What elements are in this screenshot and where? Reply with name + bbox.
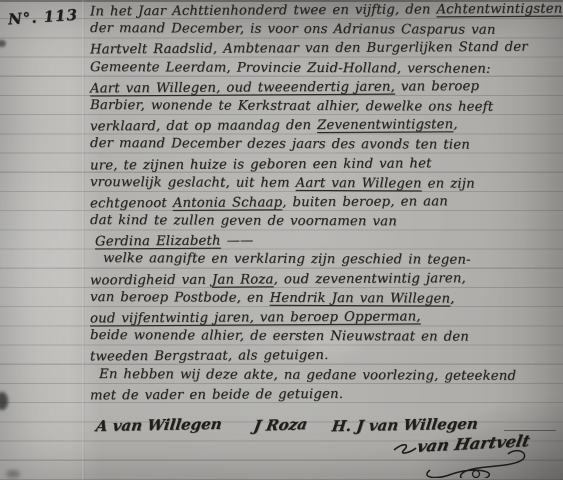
signature-father: A van Willegen — [95, 415, 223, 435]
underlined-text: Hendrik Jan van Willegen — [270, 291, 451, 307]
record-number: N°. 113 — [7, 6, 78, 29]
act-text-block: In het Jaar Achttienhonderd twee en vijf… — [90, 1, 556, 404]
line-text: ure, te zijnen huize is geboren een kind… — [90, 156, 432, 173]
record-line: Barbier, wonende te Kerkstraat alhier, d… — [90, 96, 556, 117]
line-text: der maand December, is voor ons Adrianus… — [90, 21, 496, 38]
line-text: woordigheid van — [90, 272, 212, 288]
line-text: beide wonende alhier, de eersten Nieuwst… — [90, 328, 469, 345]
line-text: , — [453, 117, 457, 132]
line-text: van beroep Postbode, en — [90, 290, 270, 306]
line-text: echtgenoot — [90, 196, 173, 212]
underlined-text: Zevenentwintigsten — [317, 117, 453, 133]
record-line: met de vader en beide de getuigen. — [90, 383, 556, 405]
record-line: Aart van Willegen, oud tweeendertig jare… — [90, 76, 556, 98]
record-line: welke aangifte en verklaring zijn geschi… — [90, 249, 556, 270]
line-text: Gemeente Leerdam, Provincie Zuid-Holland… — [90, 60, 491, 77]
underlined-text: Jan Roza — [212, 272, 274, 287]
line-text: welke aangifte en verklaring zijn geschi… — [103, 251, 471, 268]
signature-witness-1: J Roza — [252, 415, 309, 435]
paper-stain — [0, 40, 6, 47]
line-text: En hebben wij deze akte, na gedane voorl… — [99, 367, 516, 384]
line-text: met de vader en beide de getuigen. — [90, 387, 343, 404]
line-text: der maand December dezes jaars des avond… — [90, 136, 470, 153]
record-line: tweeden Bergstraat, als getuigen. — [90, 345, 556, 367]
line-text: In het Jaar Achttienhonderd twee en vijf… — [90, 2, 437, 19]
line-text: Hartvelt Raadslid, Ambtenaar van den Bur… — [90, 40, 528, 58]
record-line: van beroep Postbode, en Hendrik Jan van … — [90, 288, 556, 309]
line-text: —— — [221, 234, 254, 249]
underlined-text: Gerdina Elizabeth — [95, 234, 221, 250]
line-text: , — [450, 291, 454, 306]
line-text: dat kind te zullen geven de voornamen va… — [90, 213, 397, 229]
underlined-text: oud vijfentwintig jaren, van beroep Oppe… — [90, 309, 421, 326]
left-margin-fold — [82, 0, 85, 480]
record-line: woordigheid van Jan Roza, oud zevenentwi… — [90, 268, 556, 290]
underlined-text: Achtentwintigsten — [436, 2, 562, 18]
underlined-text: Aart van Willegen — [296, 176, 422, 192]
line-text: en zijn — [422, 176, 475, 191]
line-text: verklaard, dat op maandag den — [90, 118, 317, 134]
signature-registrar: van Hartvelt — [390, 432, 560, 478]
record-line: Gemeente Leerdam, Provincie Zuid-Holland… — [90, 58, 556, 79]
underlined-text: Aart van Willegen, oud tweeendertig jare… — [90, 79, 395, 96]
paper-stain — [0, 392, 8, 410]
record-line: der maand December dezes jaars des avond… — [90, 134, 556, 155]
line-text: vrouwelijk geslacht, uit hem — [90, 175, 296, 191]
line-text: , buiten beroep, en aan — [282, 194, 448, 210]
record-line: echtgenoot Antonia Schaap, buiten beroep… — [90, 191, 556, 213]
record-line: vrouwelijk geslacht, uit hem Aart van Wi… — [90, 173, 556, 194]
line-text: Barbier, wonende te Kerkstraat alhier, d… — [90, 98, 493, 115]
line-text: , oud zevenentwintig jaren, — [274, 271, 466, 287]
paper-stain — [6, 470, 20, 478]
line-text: van beroep — [395, 79, 479, 95]
document-scan: N°. 113 In het Jaar Achttienhonderd twee… — [0, 0, 563, 480]
record-line: Hartvelt Raadslid, Ambtenaar van den Bur… — [90, 38, 556, 60]
record-line: En hebben wij deze akte, na gedane voorl… — [90, 365, 556, 386]
underlined-text: Antonia Schaap — [173, 195, 282, 211]
record-line: ure, te zijnen huize is geboren een kind… — [90, 153, 556, 175]
line-text: tweeden Bergstraat, als getuigen. — [90, 348, 329, 364]
